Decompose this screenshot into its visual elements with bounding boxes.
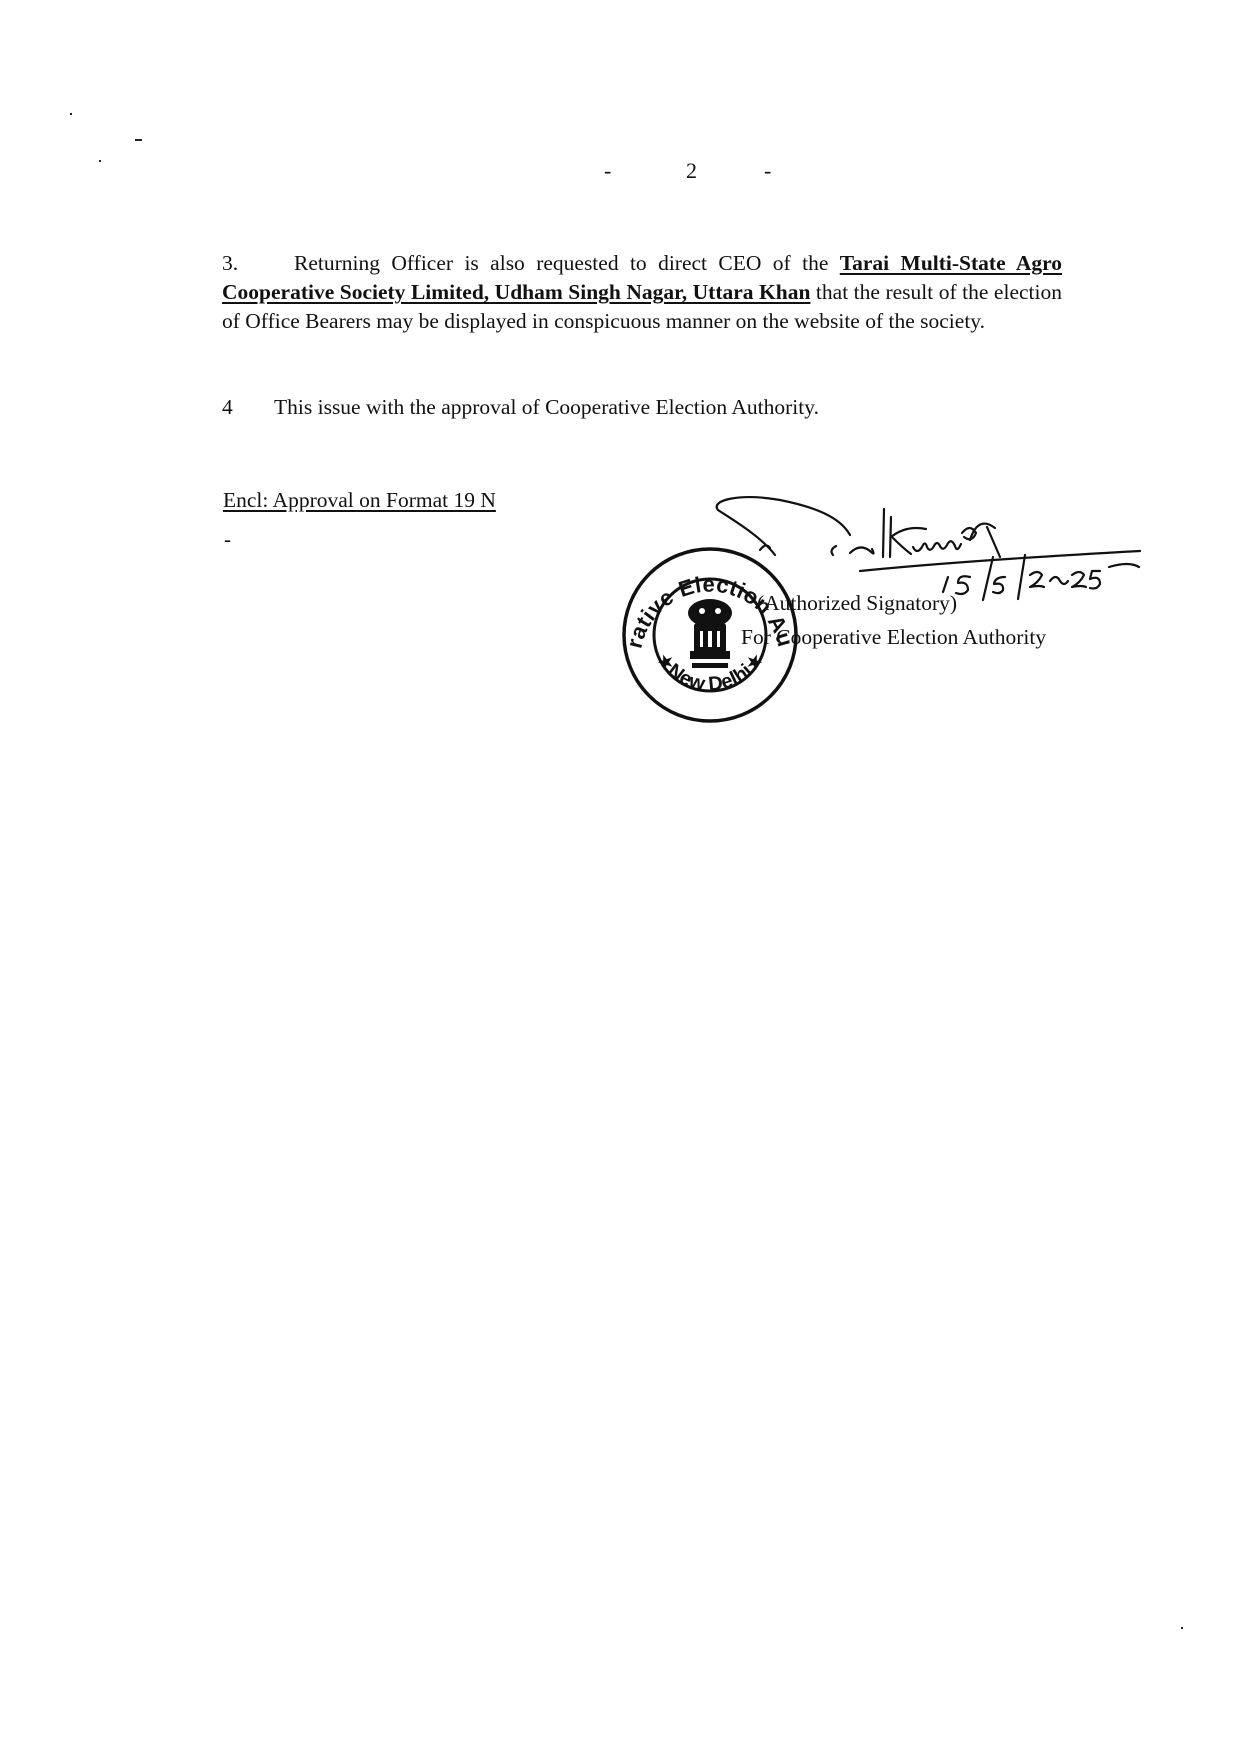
paragraph-text: This issue with the approval of Cooperat… — [274, 395, 819, 419]
scan-speck — [70, 113, 72, 115]
scan-speck — [1181, 1627, 1183, 1629]
official-stamp: Cooperative Election Authority ★New Delh… — [620, 545, 800, 725]
paragraph-4: 4This issue with the approval of Coopera… — [222, 393, 819, 422]
paragraph-number: 3. — [222, 249, 294, 278]
scan-speck — [99, 160, 101, 162]
enclosure-dash: - — [224, 527, 231, 552]
paragraph-3: 3.Returning Officer is also requested to… — [222, 249, 1062, 336]
scan-speck — [135, 139, 142, 141]
enclosure-note: Encl: Approval on Format 19 N — [223, 487, 496, 513]
paragraph-number: 4 — [222, 393, 274, 422]
page-dash-left: - — [604, 158, 611, 184]
page-dash-right: - — [764, 158, 771, 184]
national-emblem-icon — [688, 599, 732, 668]
paragraph-text: Returning Officer is also requested to d… — [294, 251, 840, 275]
page-number-value: 2 — [686, 158, 697, 184]
